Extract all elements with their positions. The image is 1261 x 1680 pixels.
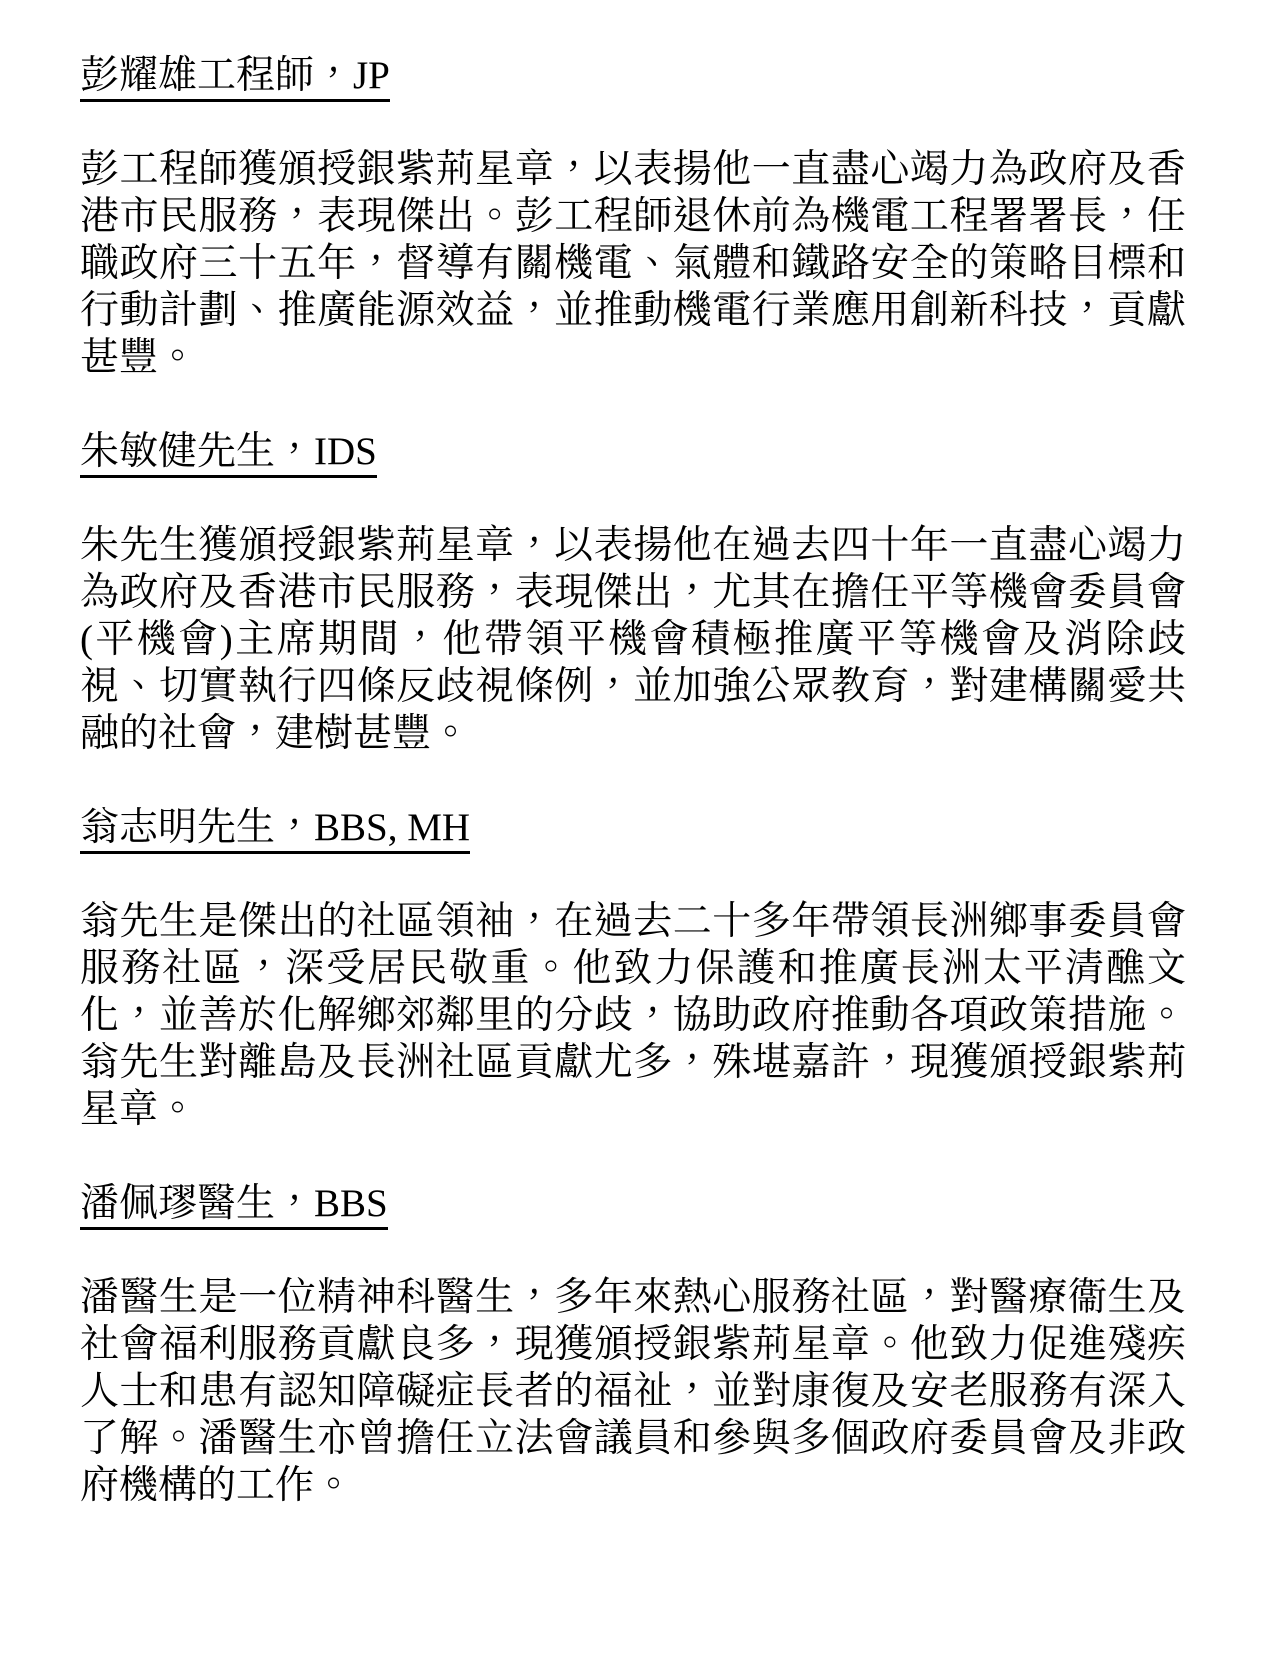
honoree-heading: 翁志明先生，BBS, MH <box>80 804 1186 851</box>
document-page: 彭耀雄工程師，JP 彭工程師獲頒授銀紫荊星章，以表揚他一直盡心竭力為政府及香港市… <box>0 0 1261 1680</box>
document-content: 彭耀雄工程師，JP 彭工程師獲頒授銀紫荊星章，以表揚他一直盡心竭力為政府及香港市… <box>80 52 1186 1509</box>
honoree-heading-text: 潘佩璆醫生，BBS <box>80 1182 388 1230</box>
honoree-section: 朱敏健先生，IDS 朱先生獲頒授銀紫荊星章，以表揚他在過去四十年一直盡心竭力為政… <box>80 428 1186 757</box>
honoree-section: 潘佩璆醫生，BBS 潘醫生是一位精神科醫生，多年來熱心服務社區，對醫療衞生及社會… <box>80 1180 1186 1509</box>
honoree-citation: 彭工程師獲頒授銀紫荊星章，以表揚他一直盡心竭力為政府及香港市民服務，表現傑出。彭… <box>80 146 1186 381</box>
honoree-citation: 翁先生是傑出的社區領袖，在過去二十多年帶領長洲鄉事委員會服務社區，深受居民敬重。… <box>80 898 1186 1133</box>
honoree-heading: 潘佩璆醫生，BBS <box>80 1180 1186 1227</box>
honoree-heading-text: 彭耀雄工程師，JP <box>80 54 390 102</box>
honoree-heading: 朱敏健先生，IDS <box>80 428 1186 475</box>
honoree-heading-text: 翁志明先生，BBS, MH <box>80 806 470 854</box>
honoree-citation: 朱先生獲頒授銀紫荊星章，以表揚他在過去四十年一直盡心竭力為政府及香港市民服務，表… <box>80 522 1186 757</box>
honoree-citation: 潘醫生是一位精神科醫生，多年來熱心服務社區，對醫療衞生及社會福利服務貢獻良多，現… <box>80 1274 1186 1509</box>
honoree-section: 彭耀雄工程師，JP 彭工程師獲頒授銀紫荊星章，以表揚他一直盡心竭力為政府及香港市… <box>80 52 1186 381</box>
honoree-heading-text: 朱敏健先生，IDS <box>80 430 377 478</box>
honoree-heading: 彭耀雄工程師，JP <box>80 52 1186 99</box>
honoree-section: 翁志明先生，BBS, MH 翁先生是傑出的社區領袖，在過去二十多年帶領長洲鄉事委… <box>80 804 1186 1133</box>
